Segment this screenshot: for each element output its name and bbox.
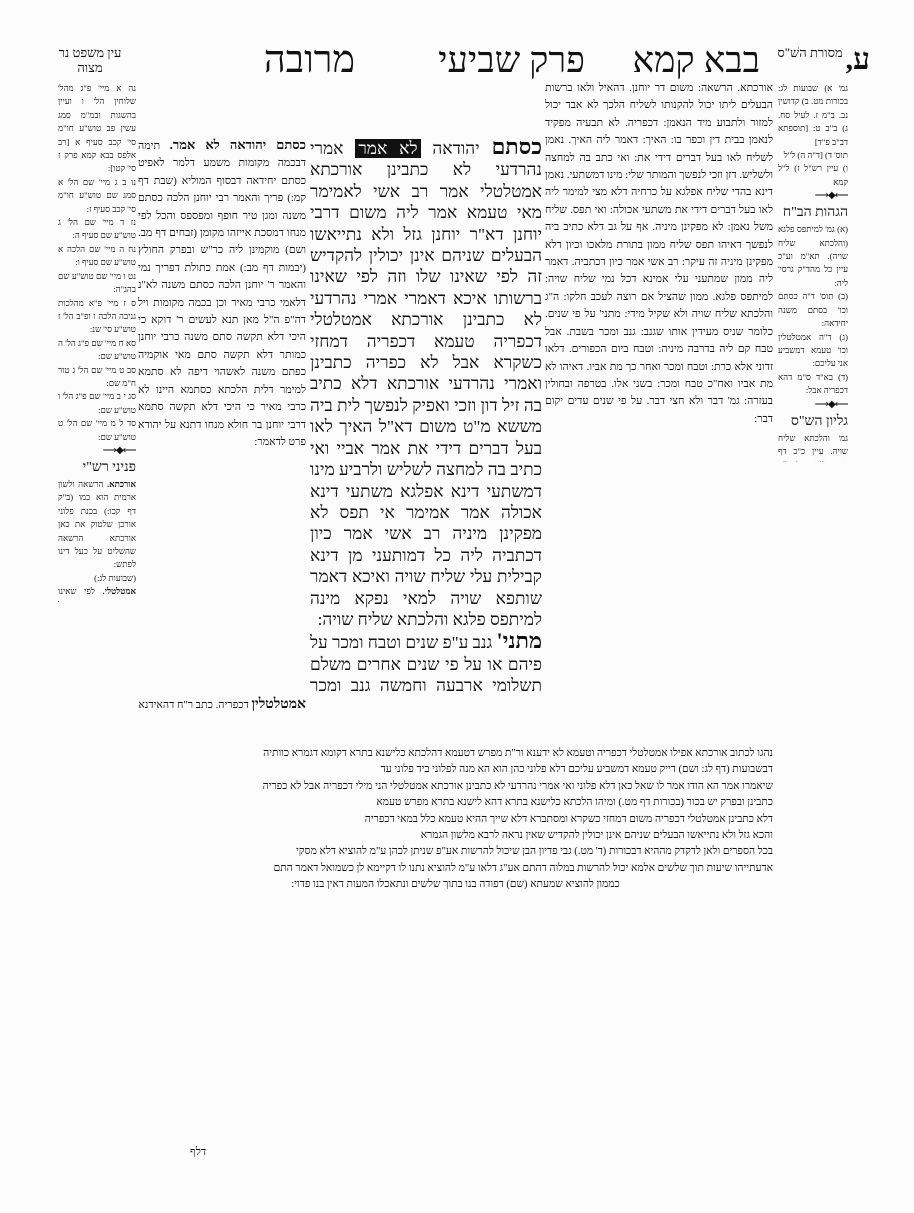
commentary-line: כממון להוציא שמעתא (שם) דפודה בנו בתוך ש… [138,877,773,893]
talmud-page: מרובה פרק שביעי בבא קמא ע, מסורת השׁ"ס ע… [0,0,914,1213]
chapter-name: מרובה [264,40,355,80]
gilyon-text: גמ' והלכתא שליח שויה. עיין כ"כ דף קסט ע"… [778,432,848,462]
ornament-divider: ⟵◆⟶ [778,398,848,412]
catchword: דלף [190,1146,206,1158]
commentary-line: שיאמרו אמר הא הודו אמר לו שאל כאן דלא פל… [138,779,773,795]
ein-mishpat-entry: ס ז מיי' פ"א מהלכות גניבה הלכה ו ופ"ב הל… [58,297,136,337]
tosafot-commentary: כסתם יהודאה לא אמר. תימה דבכמה מקומות מש… [138,136,306,696]
hagahot-entry: (א) גמ' למיתפס פלגא (והלכתא שליח שויה). … [778,223,848,290]
pninei-head: אמטלטלי. [103,586,136,596]
commentary-line: בכל הספרים ולאן לדקדק מההיא דבכורות (ד' … [138,844,773,860]
hagahot-entry: (ד) בא"ד ס"מ דהא דכפריה אבל: [778,371,848,398]
masoret-hashas-title: מסורת השׁ"ס [775,45,845,60]
tosafot-text: תימה דבכמה מקומות משמע דלמר לאפיט כסתם י… [138,140,306,448]
commentary-line: דלא כתבינן אמטלטלי דכפריה משום דמחזי כשק… [138,812,773,828]
ein-mishpat-entry: סב ט מיי' שם הל' ג טור ח"מ שם: [58,364,136,391]
masoret-entry: גמ' א) שבועות לג: בכורות מט. ב) קדושין נ… [778,82,848,149]
mishna-label: מתני' [497,628,543,653]
folio-number: ע, [846,40,870,80]
commentary-line: אדעתייהו שיעות תוך שלשים אלמא יכול להרשו… [138,861,773,877]
commentary-line: כתבינן ובפרק יש בכור (בכורות דף מט.) ומי… [138,795,773,811]
pninei-text: הרשאה ולשון ארמית הוא כמו (ב"ק דף קכו:) … [58,479,136,569]
tosafot-subtext: דכפריה. כתב ר"ח דהאידנא [138,699,248,711]
hagahot-entry: (ג) ד"ה אמטלטלין וכו' טעמא דמשביע אני על… [778,331,848,371]
ein-mishpat-entry: סד ל מ מיי' שם הל' ט טוש"ע שם: [58,417,136,444]
chapter-number: פרק שביעי [438,40,585,80]
ornament-divider: ⟵◆⟶ [58,444,136,458]
masoret-entry: תוס' ד) [ד"ה ה) ל"ל [778,149,848,162]
ein-mishpat-entry: נח ה מיי' שם הלכה א טוש"ע שם סעיף ו: [58,243,136,270]
tractate-name: בבא קמא [632,40,760,80]
pninei-head: אורכתא. [107,479,136,489]
highlighted-phrase: לא אמר [355,139,420,158]
pninei-ref: (שבועות לג:) [58,572,136,585]
ein-mishpat-entry: סא ח מיי' שם פ"ג הל' ה טוש"ע שם: [58,337,136,364]
ornament-divider: ⟵◆⟶ [778,189,848,203]
commentary-line: דבשבועות (דף לג: ושם) דייק טעמא דמשביע ע… [138,762,773,778]
ein-mishpat-entry: נז ד מיי' שם הל' ג טוש"ע שם סעיף ה: [58,216,136,243]
ein-mishpat-entry: נו ב ג מיי' שם הל' א סמג שם טוש"ע חו"מ ס… [58,176,136,216]
opening-word: כסתם [492,136,542,159]
tosafot-subsection: אמטלטלין דכפריה. כתב ר"ח דהאידנא [138,696,306,736]
pninei-rashi-title: פניני רש"י [58,458,136,478]
hagahot-entry: (ב) תוס' ד"ה כסתם וכו' בסתם משנה יחידאה: [778,290,848,330]
commentary-line: והכא גזל ולא נתייאשו הבעלים שניהם אינן י… [138,828,773,844]
bottom-commentary: נהגו לכתוב אורכתא אפילו אמטלטלי דכפריה ו… [138,746,773,1146]
left-margin: נה א מיי' פ"ג מהל' שלוחין הל' ו ועיין בה… [58,82,136,602]
gemara-line: אמרי נהרדעי לא כתבינן אורכתא אמטלטלי אמר… [310,139,542,629]
gilyon-hashas-title: גליון הש"ס [778,412,848,432]
ein-mishpat-entry: נט ו מיי' שם טוש"ע שם בהג"ה: [58,270,136,297]
right-margin: גמ' א) שבועות לג: בכורות מט. ב) קדושין נ… [778,82,848,462]
ein-mishpat-entry: סג י ב מיי' שם פ"ג הל' ו טוש"ע שם: [58,390,136,417]
gemara-line: יהודאה [432,139,479,158]
tosafot-heading: כסתם יהודאה לא אמר. [170,137,306,152]
page-header: מרובה פרק שביעי בבא קמא ע, [80,40,840,80]
commentary-line: נהגו לכתוב אורכתא אפילו אמטלטלי דכפריה ו… [138,746,773,762]
ein-mishpat-title: עין משפט נר מצוה [55,45,125,75]
hagahot-habach-title: הגהות הב"ח [778,203,848,223]
tosafot-subheading: אמטלטלין [251,697,306,712]
ein-mishpat-entry: נה א מיי' פ"ג מהל' שלוחין הל' ו ועיין בה… [58,82,136,176]
gemara-text: כסתם יהודאה לא אמר אמרי נהרדעי לא כתבינן… [310,136,542,696]
masoret-entry: ו) עיין רש"ל ז) ל"ל קמא [778,162,848,189]
rashi-text: אורכתא. הרשאה: משום דר יוחנן. דהאיל ולאו… [545,80,773,428]
